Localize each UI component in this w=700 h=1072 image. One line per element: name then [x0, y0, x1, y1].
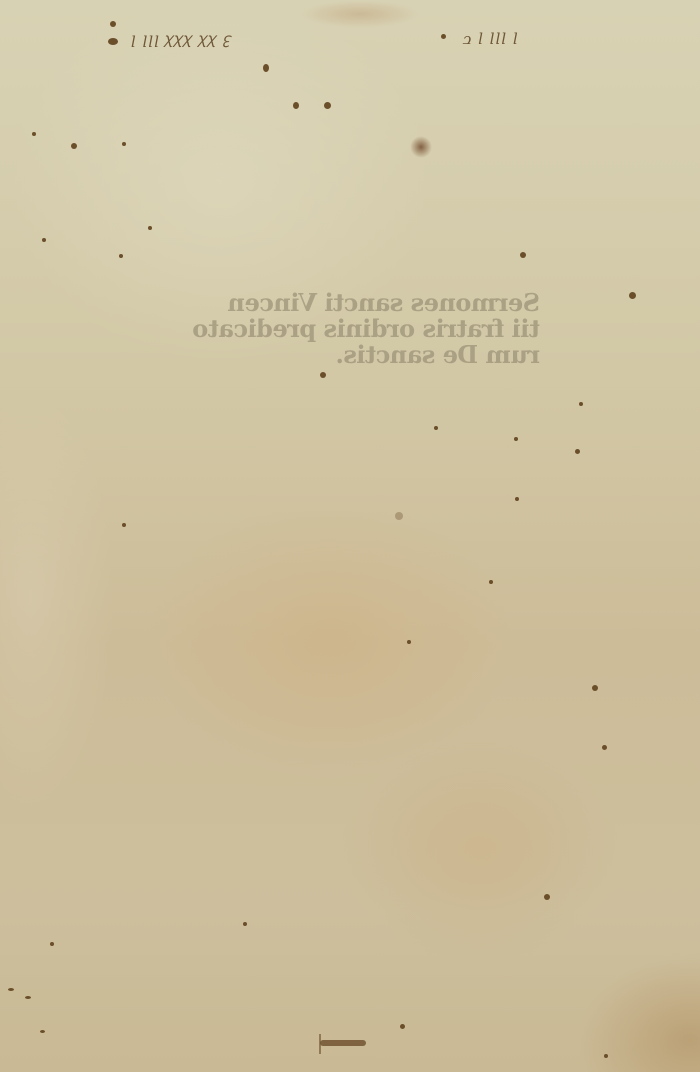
wormhole [8, 988, 14, 991]
wormhole [515, 497, 519, 501]
wormhole [122, 142, 126, 146]
show-through-line-3: rum De sanctis. [200, 342, 540, 368]
wormhole [320, 372, 326, 378]
wormhole [243, 922, 247, 926]
wormhole [604, 1054, 608, 1058]
wormhole [324, 102, 331, 109]
wormhole [489, 580, 493, 584]
bottom-ink-mark [320, 1040, 366, 1046]
wormhole [25, 996, 31, 999]
wormhole [395, 512, 403, 520]
book-page: ꝫ ꭓꭓ ꭓꭓꭓ ꞁꞁꞁ ꞁ ꞁ ꞁꞁꞁ ꞁ ꞇ Sermones sancti… [0, 0, 700, 1072]
wormhole [32, 132, 36, 136]
wormhole [575, 449, 580, 454]
wormhole [629, 292, 636, 299]
wormhole [407, 640, 411, 644]
wormhole [602, 745, 607, 750]
wormhole [122, 523, 126, 527]
show-through-line-1: Sermones sancti Vincen [200, 290, 540, 316]
ink-blot [406, 132, 436, 162]
wormhole [579, 402, 583, 406]
wormhole [434, 426, 438, 430]
wormhole [293, 102, 299, 109]
show-through-title: Sermones sancti Vincen tii fratris ordin… [200, 290, 540, 368]
handwritten-note-right: ꞁ ꞁꞁꞁ ꞁ ꞇ [462, 32, 518, 50]
wormhole [40, 1030, 45, 1033]
wormhole [108, 38, 118, 45]
wormhole [110, 21, 116, 27]
wormhole [119, 254, 123, 258]
wormhole [42, 238, 46, 242]
show-through-line-2: tii fratris ordinis predicato [200, 316, 540, 342]
wormhole [263, 64, 269, 72]
wormhole [544, 894, 550, 900]
handwritten-note-left: ꝫ ꭓꭓ ꭓꭓꭓ ꞁꞁꞁ ꞁ [130, 34, 231, 54]
wormhole [520, 252, 526, 258]
wormhole [50, 942, 54, 946]
wormhole [592, 685, 598, 691]
wormhole [514, 437, 518, 441]
wormhole [441, 34, 446, 39]
wormhole [148, 226, 152, 230]
wormhole [71, 143, 77, 149]
wormhole [400, 1024, 405, 1029]
top-stain [300, 0, 420, 28]
